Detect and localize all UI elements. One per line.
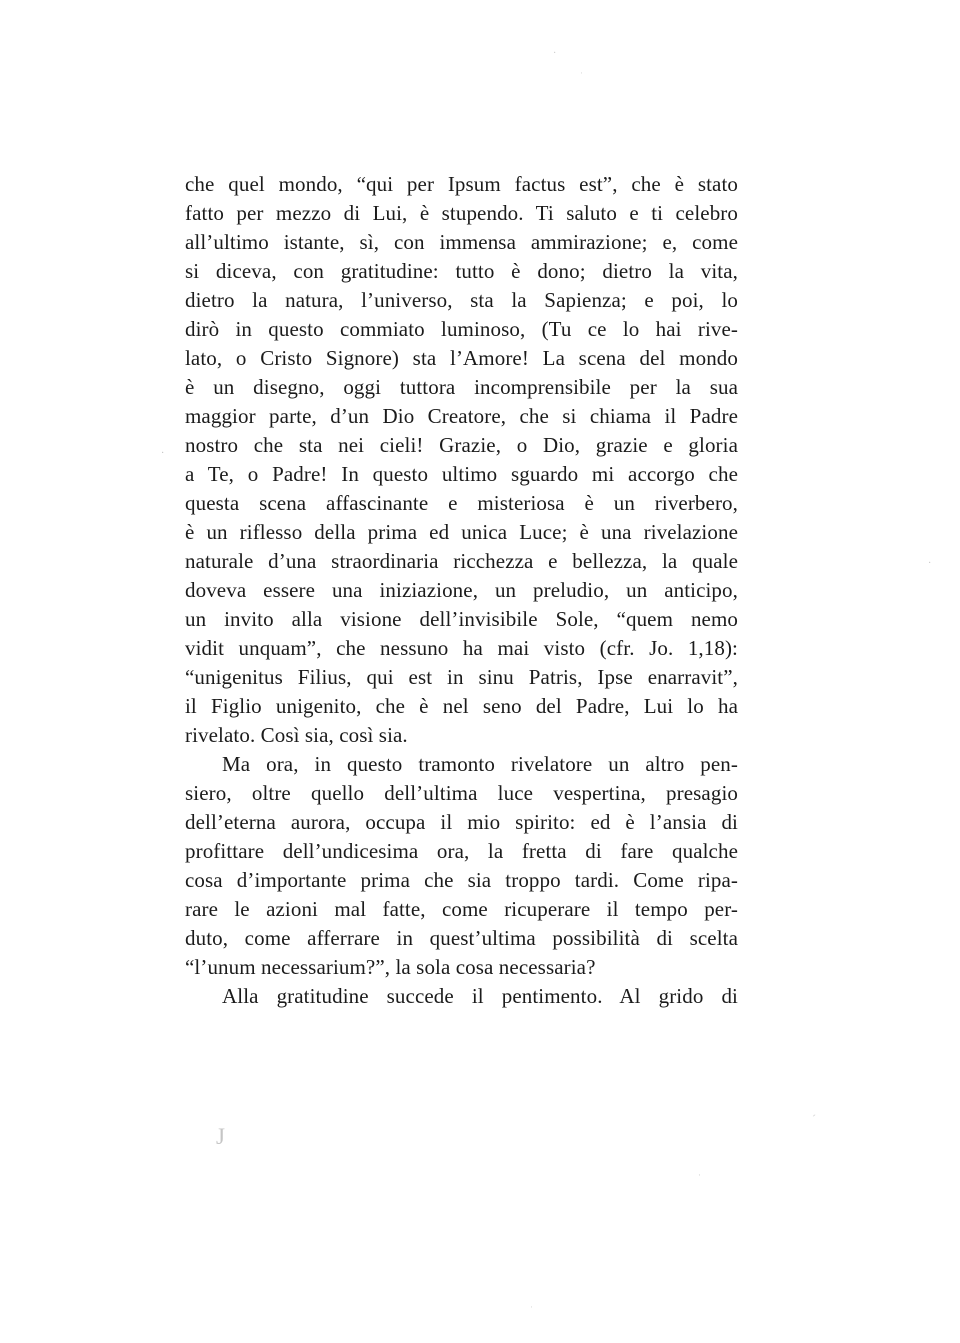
scan-speck-artifact: ·: [698, 1170, 701, 1180]
text-line: Alla gratitudine succede il pentimento. …: [185, 982, 738, 1011]
text-line: il Figlio unigenito, che è nel seno del …: [185, 692, 738, 721]
text-line: siero, oltre quello dell’ultima luce ves…: [185, 779, 738, 808]
text-line: cosa d’importante prima che sia troppo t…: [185, 866, 738, 895]
pencil-mark-artifact: J: [216, 1124, 225, 1150]
scan-speck-artifact: ·: [580, 68, 583, 78]
text-line: dietro la natura, l’universo, sta la Sap…: [185, 286, 738, 315]
text-line: a Te, o Padre! In questo ultimo sguardo …: [185, 460, 738, 489]
text-line: che quel mondo, “qui per Ipsum factus es…: [185, 170, 738, 199]
text-line: “unigenitus Filius, qui est in sinu Patr…: [185, 663, 738, 692]
text-block: che quel mondo, “qui per Ipsum factus es…: [185, 170, 738, 1011]
scan-speck-artifact: ·: [530, 1302, 533, 1312]
text-line: Ma ora, in questo tramonto rivelatore un…: [185, 750, 738, 779]
text-line: dirò in questo commiato luminoso, (Tu ce…: [185, 315, 738, 344]
text-line: è un riflesso della prima ed unica Luce;…: [185, 518, 738, 547]
text-line: maggior parte, d’un Dio Creatore, che si…: [185, 402, 738, 431]
text-line: vidit unquam”, che nessuno ha mai visto …: [185, 634, 738, 663]
text-line: è un disegno, oggi tuttora incomprensibi…: [185, 373, 738, 402]
text-line: rivelato. Così sia, così sia.: [185, 721, 738, 750]
text-line: questa scena affascinante e misteriosa è…: [185, 489, 738, 518]
text-line: dell’eterna aurora, occupa il mio spirit…: [185, 808, 738, 837]
text-line: lato, o Cristo Signore) sta l’Amore! La …: [185, 344, 738, 373]
text-line: rare le azioni mal fatte, come ricuperar…: [185, 895, 738, 924]
scan-speck-artifact: ˊ: [812, 1112, 816, 1127]
scan-speck-artifact: ·: [928, 558, 931, 569]
text-line: profittare dell’undicesima ora, la frett…: [185, 837, 738, 866]
text-line: duto, come afferrare in quest’ultima pos…: [185, 924, 738, 953]
text-line: “l’unum necessarium?”, la sola cosa nece…: [185, 953, 738, 982]
text-line: doveva essere una iniziazione, un prelud…: [185, 576, 738, 605]
text-line: naturale d’una straordinaria ricchezza e…: [185, 547, 738, 576]
scan-speck-artifact: ·: [553, 48, 556, 59]
scanned-book-page: che quel mondo, “qui per Ipsum factus es…: [0, 0, 960, 1343]
scan-speck-artifact: ·: [161, 448, 164, 459]
text-line: un invito alla visione dell’invisibile S…: [185, 605, 738, 634]
text-line: nostro che sta nei cieli! Grazie, o Dio,…: [185, 431, 738, 460]
text-line: all’ultimo istante, sì, con immensa ammi…: [185, 228, 738, 257]
text-line: fatto per mezzo di Lui, è stupendo. Ti s…: [185, 199, 738, 228]
text-line: si diceva, con gratitudine: tutto è dono…: [185, 257, 738, 286]
